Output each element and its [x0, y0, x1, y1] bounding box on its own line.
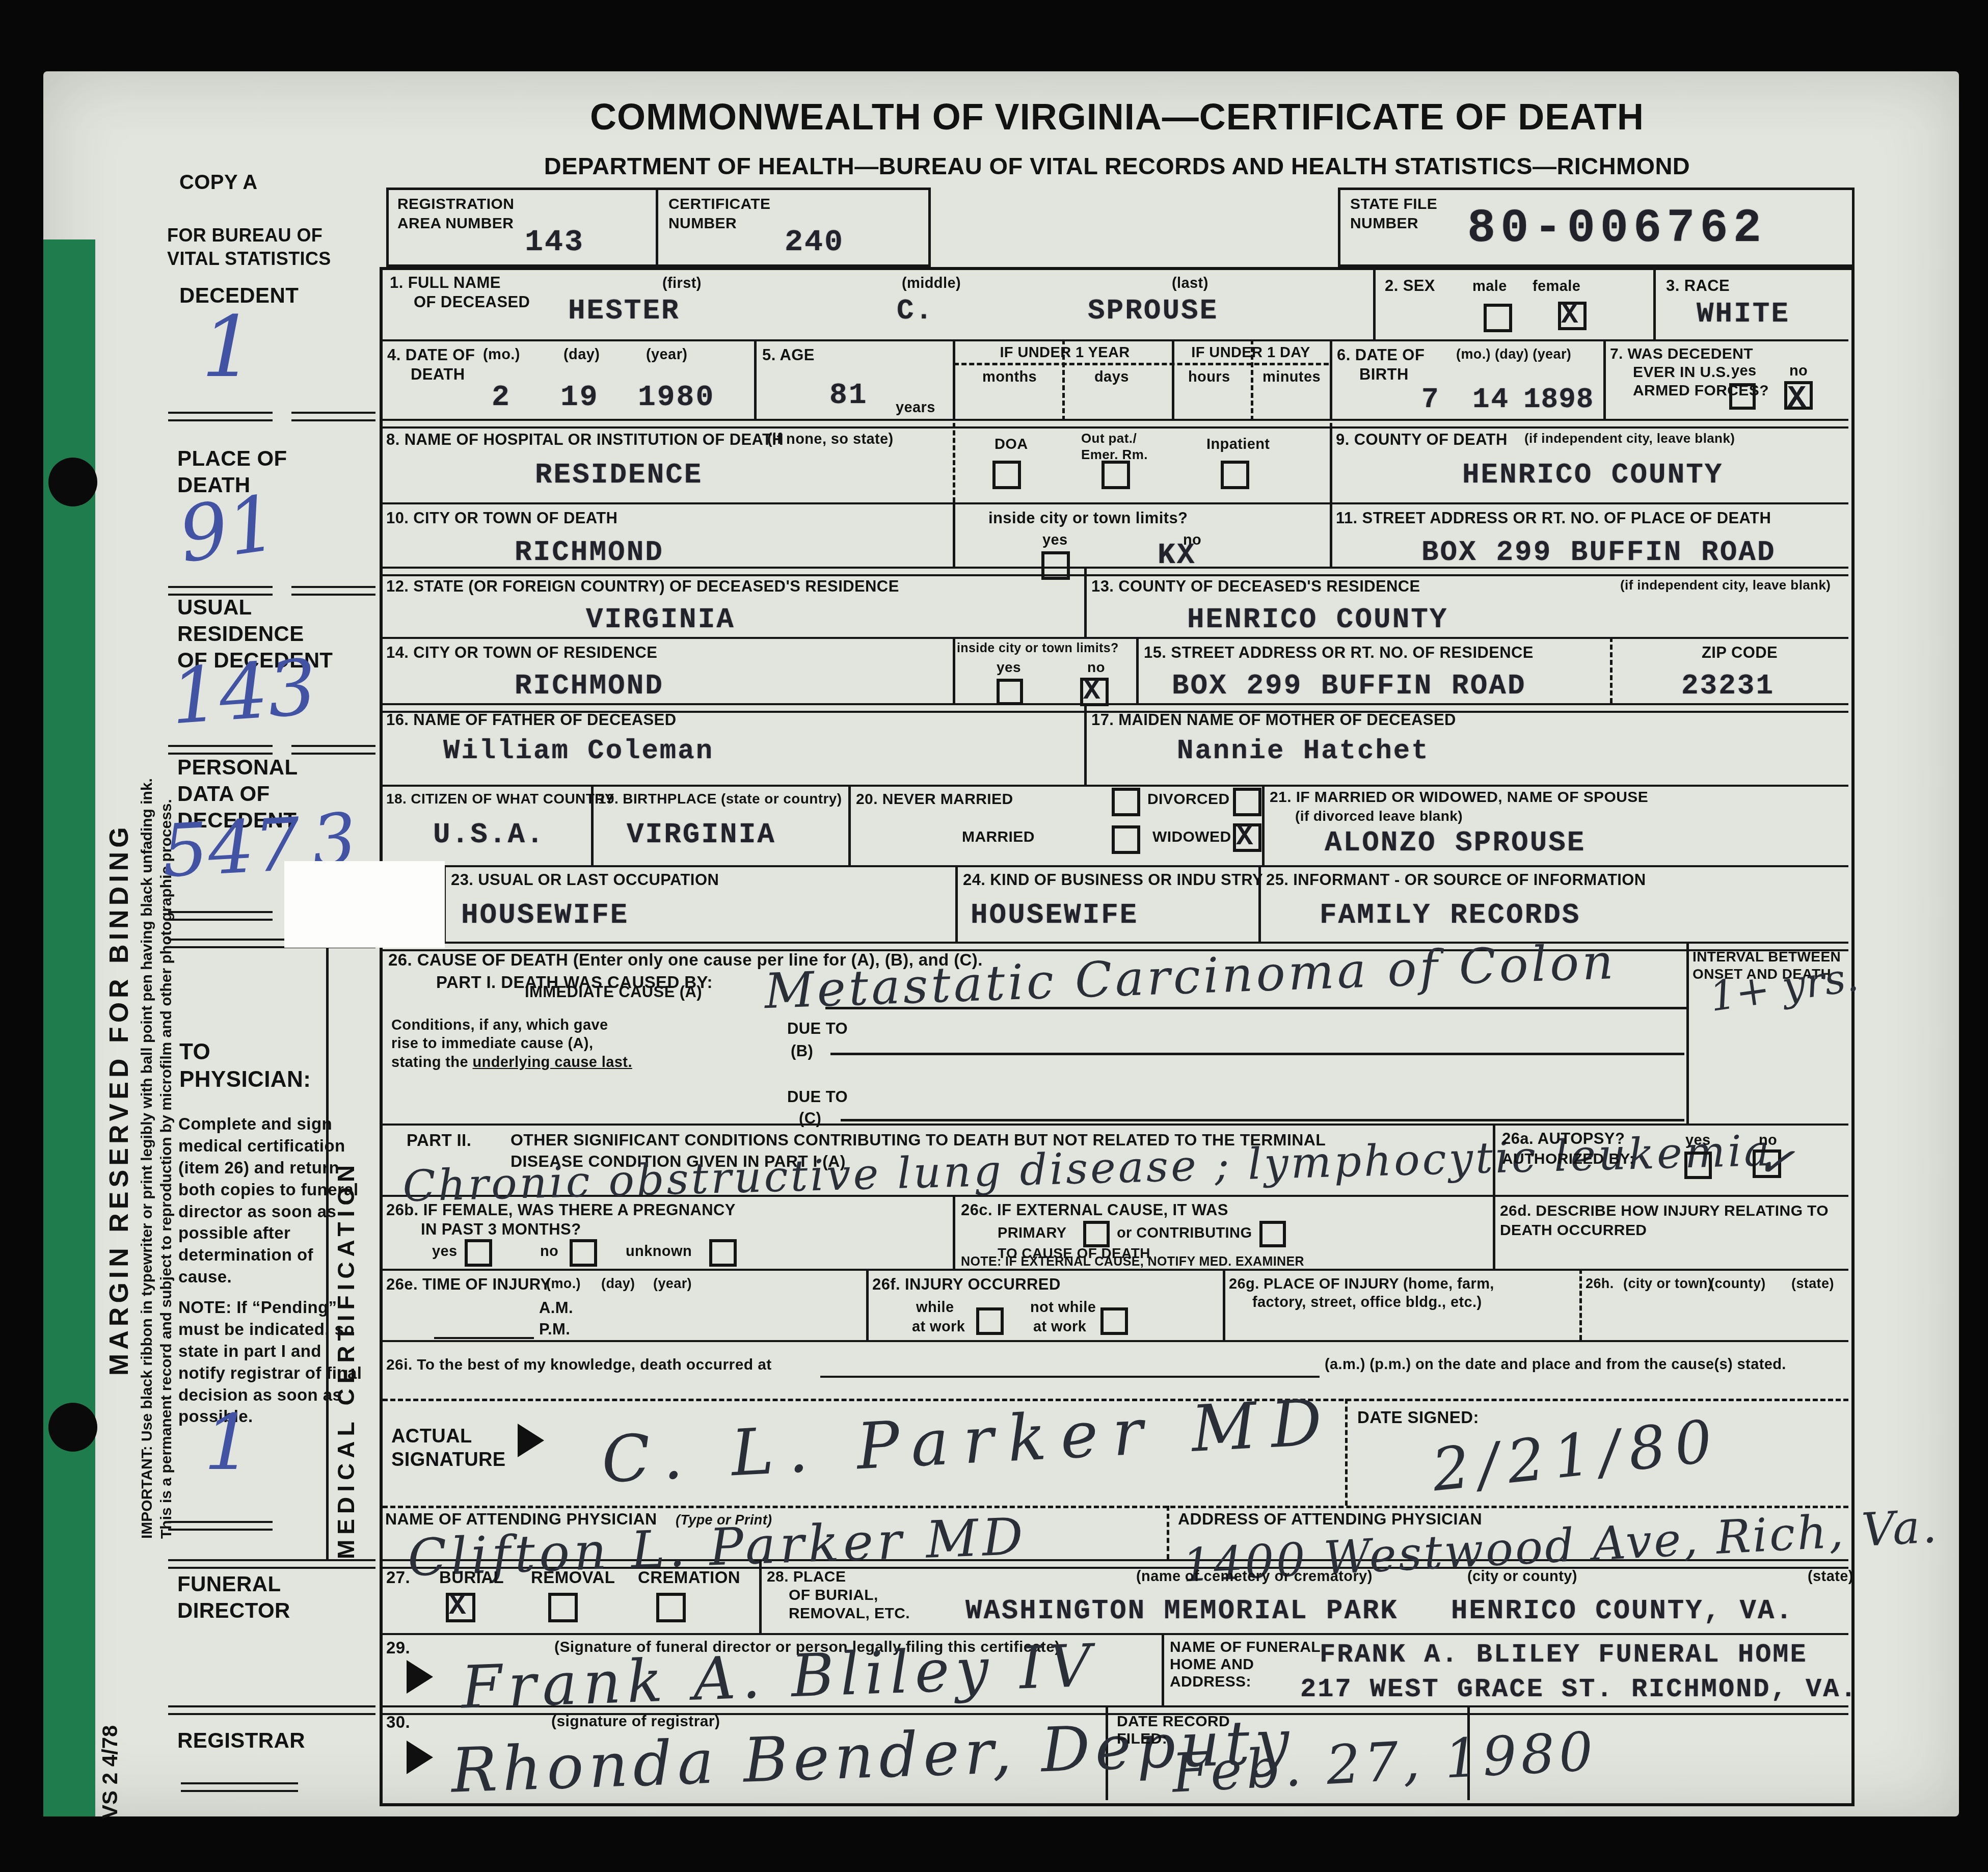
- box30-number: 30.: [386, 1713, 410, 1732]
- state-of-residence-label: 12. STATE (OR FOREIGN COUNTRY) OF DECEAS…: [386, 578, 899, 596]
- conditions-note-underlined: underlying cause last.: [472, 1054, 632, 1071]
- limits-no-mark: KX: [1158, 539, 1196, 572]
- rule: [383, 339, 1848, 341]
- rule: [1136, 637, 1139, 703]
- county-of-residence-paren: (if independent city, leave blank): [1620, 578, 1831, 593]
- zip-value: 23231: [1681, 670, 1775, 702]
- rule: [1493, 1195, 1495, 1269]
- first-name-value: HESTER: [568, 295, 680, 327]
- pregnancy-label-2: IN PAST 3 MONTHS?: [421, 1221, 581, 1239]
- certificate-subtitle: DEPARTMENT OF HEALTH—BUREAU OF VITAL REC…: [380, 153, 1855, 180]
- external-cause-note: NOTE: IF EXTERNAL CAUSE, NOTIFY MED. EXA…: [961, 1254, 1304, 1269]
- birth-year-value: 1898: [1523, 383, 1594, 416]
- side-place-1: PLACE OF: [177, 446, 287, 470]
- rule: [1084, 567, 1087, 637]
- death-occurred-tail: (a.m.) (p.m.) on the date and place and …: [1325, 1356, 1786, 1373]
- side-place-handwritten: 91: [174, 479, 282, 580]
- hospital-value: RESIDENCE: [535, 459, 703, 491]
- side-registrar: REGISTRAR: [177, 1728, 305, 1752]
- sex-female-label: female: [1533, 278, 1580, 295]
- date-filed-label-1: DATE RECORD: [1117, 1713, 1230, 1730]
- while-label: while: [916, 1299, 954, 1316]
- funeral-home-label-2: HOME AND: [1170, 1656, 1254, 1673]
- pregnancy-yes-checkbox[interactable]: [465, 1239, 492, 1267]
- death-day-value: 19: [560, 381, 599, 414]
- rule: [383, 1340, 1848, 1342]
- residence-limits-yes-checkbox[interactable]: [997, 679, 1023, 705]
- part2-label: PART II.: [407, 1131, 471, 1150]
- birth-sublabels: (mo.) (day) (year): [1456, 346, 1571, 362]
- city-of-residence-label: 14. CITY OR TOWN OF RESIDENCE: [386, 644, 657, 662]
- state-file-label-1: STATE FILE: [1350, 196, 1437, 213]
- arrow-icon: [407, 1741, 433, 1774]
- date-signed-label: DATE SIGNED:: [1357, 1408, 1479, 1427]
- rule: [1162, 1633, 1164, 1705]
- funeral-home-label-1: NAME OF FUNERAL: [1170, 1639, 1321, 1656]
- primary-checkbox[interactable]: [1083, 1221, 1110, 1247]
- hours-label: hours: [1188, 369, 1230, 385]
- rule: [1330, 502, 1332, 567]
- birth-day-value: 14: [1472, 383, 1510, 416]
- date-filed-label-2: FILED:: [1117, 1730, 1167, 1748]
- place-of-burial-label-2: OF BURIAL,: [789, 1587, 878, 1604]
- margin-permanent-text: This is a permanent record and subject t…: [158, 448, 175, 1539]
- residence-limits-no-mark: X: [1083, 675, 1100, 707]
- inpatient-label: Inpatient: [1206, 436, 1270, 452]
- outpatient-label-1: Out pat./: [1081, 431, 1137, 446]
- form-number: VS 2 4/78: [98, 1646, 122, 1819]
- pm-label: P.M.: [539, 1321, 570, 1339]
- residence-limits-yes-label: yes: [997, 659, 1021, 675]
- rule: [383, 1506, 1848, 1508]
- certificate-number-label-1: CERTIFICATE: [668, 196, 771, 213]
- contributing-label: or CONTRIBUTING: [1117, 1225, 1252, 1241]
- rule: [953, 1195, 955, 1269]
- hospital-label: 8. NAME OF HOSPITAL OR INSTITUTION OF DE…: [386, 431, 784, 449]
- rule: [1579, 1269, 1582, 1340]
- rule: [291, 586, 375, 596]
- rule: [954, 363, 1329, 365]
- city-of-death-value: RICHMOND: [515, 536, 664, 569]
- pregnancy-unknown-checkbox[interactable]: [709, 1239, 737, 1267]
- pregnancy-no-checkbox[interactable]: [570, 1239, 597, 1267]
- armed-yes-checkbox[interactable]: [1729, 383, 1756, 410]
- hospital-paren: (if none, so state): [767, 431, 894, 447]
- certificate-number-label-2: NUMBER: [668, 215, 737, 232]
- race-label: 3. RACE: [1666, 277, 1730, 295]
- sex-female-checkbox[interactable]: X: [1558, 302, 1587, 330]
- birthplace-label: 19. BIRTHPLACE (state or country): [598, 791, 842, 807]
- street-of-death-value: BOX 299 BUFFIN ROAD: [1421, 536, 1776, 569]
- rule: [1167, 1506, 1169, 1559]
- rule: [1330, 423, 1332, 502]
- place-of-burial-label-1: 28. PLACE: [767, 1568, 846, 1586]
- never-married-checkbox[interactable]: [1112, 788, 1140, 816]
- burial-mark: X: [449, 1590, 466, 1622]
- registration-area-value: 143: [525, 225, 584, 260]
- burial-label: BURIAL: [439, 1568, 504, 1587]
- punch-hole: [48, 1403, 97, 1452]
- side-physician-note: Complete and sign medical certification …: [178, 1113, 368, 1288]
- minutes-label: minutes: [1262, 369, 1321, 385]
- city-of-death-label: 10. CITY OR TOWN OF DEATH: [386, 510, 617, 527]
- spouse-paren: (if divorced leave blank): [1295, 808, 1463, 824]
- spouse-label: 21. IF MARRIED OR WIDOWED, NAME OF SPOUS…: [1270, 789, 1648, 806]
- autopsy-yes-checkbox[interactable]: [1684, 1152, 1712, 1179]
- widowed-label: WIDOWED: [1152, 828, 1231, 846]
- residence-limits-no-label: no: [1087, 659, 1105, 675]
- rule: [656, 188, 658, 267]
- cemetery-paren: (name of cemetery or crematory): [1136, 1568, 1373, 1585]
- burial-checkbox[interactable]: X: [446, 1593, 475, 1622]
- arrow-icon: [518, 1424, 544, 1457]
- sex-male-checkbox[interactable]: [1484, 304, 1512, 332]
- days-label: days: [1094, 369, 1129, 385]
- business-label: 24. KIND OF BUSINESS OR INDU STRY: [963, 871, 1263, 889]
- box27-number: 27.: [386, 1568, 410, 1587]
- limits-yes-checkbox[interactable]: [1041, 551, 1070, 580]
- citizen-value: U.S.A.: [433, 818, 545, 851]
- rule: [1262, 785, 1265, 865]
- certificate-title: COMMONWEALTH OF VIRGINIA—CERTIFICATE OF …: [380, 97, 1855, 138]
- describe-injury-label: 26d. DESCRIBE HOW INJURY RELATING TO DEA…: [1500, 1201, 1851, 1240]
- city-of-residence-value: RICHMOND: [515, 670, 664, 702]
- actual-signature-label-1: ACTUAL: [391, 1426, 472, 1448]
- mother-label: 17. MAIDEN NAME OF MOTHER OF DECEASED: [1091, 711, 1456, 729]
- punch-hole: [48, 458, 97, 506]
- cemetery-value: WASHINGTON MEMORIAL PARK: [965, 1596, 1399, 1627]
- rule: [1603, 339, 1606, 421]
- rule: [754, 339, 757, 421]
- occupation-value: HOUSEWIFE: [461, 899, 629, 931]
- county-of-death-value: HENRICO COUNTY: [1462, 459, 1723, 491]
- sex-female-mark: X: [1561, 299, 1578, 331]
- middle-label: (middle): [902, 275, 961, 291]
- widowed-checkbox[interactable]: X: [1233, 823, 1261, 852]
- 26h-city-label: (city or town): [1623, 1276, 1712, 1291]
- side-usual-1: USUAL: [177, 595, 252, 619]
- injury-day-label: (day): [601, 1276, 635, 1291]
- due-to-c-label: DUE TO: [787, 1088, 848, 1106]
- rule: [383, 785, 1848, 787]
- death-month-value: 2: [492, 381, 511, 414]
- armed-forces-label-1: 7. WAS DECEDENT: [1610, 345, 1753, 363]
- margin-important-text: IMPORTANT: Use black ribbon in typewrite…: [139, 448, 156, 1539]
- place-of-burial-label-3: REMOVAL, ETC.: [789, 1605, 910, 1622]
- certificate-number-value: 240: [785, 225, 844, 260]
- registration-area-label-2: AREA NUMBER: [397, 215, 514, 232]
- mo-label: (mo.): [483, 346, 520, 363]
- place-of-injury-label-1: 26g. PLACE OF INJURY (home, farm,: [1229, 1276, 1494, 1292]
- funeral-home-value-2: 217 WEST GRACE ST. RICHMOND, VA.: [1300, 1674, 1858, 1704]
- doa-checkbox[interactable]: [992, 461, 1021, 489]
- rule: [383, 1633, 1848, 1635]
- injury-year-label: (year): [653, 1276, 692, 1291]
- rule: [848, 785, 851, 865]
- middle-name-value: C.: [897, 295, 934, 327]
- bureau-label-1: FOR BUREAU OF: [167, 225, 323, 246]
- rule: [168, 586, 273, 596]
- city-county-paren: (city or county): [1467, 1568, 1577, 1585]
- last-name-value: SPROUSE: [1088, 295, 1218, 327]
- mother-value: Nannie Hatchet: [1177, 736, 1430, 767]
- actual-signature-label-2: SIGNATURE: [391, 1449, 506, 1471]
- zip-label: ZIP CODE: [1702, 644, 1778, 662]
- copy-label: COPY A: [179, 171, 258, 194]
- while-at-work-label: at work: [912, 1319, 965, 1335]
- rule: [1373, 267, 1376, 339]
- side-usual-handwritten: 143: [168, 643, 319, 742]
- side-funeral-1: FUNERAL: [177, 1572, 281, 1596]
- immediate-cause-label: IMMEDIATE CAUSE (A): [525, 983, 702, 1001]
- outpatient-label-2: Emer. Rm.: [1081, 447, 1148, 462]
- 26h-state-label: (state): [1791, 1276, 1834, 1291]
- cemetery-county-value: HENRICO COUNTY, VA.: [1451, 1596, 1794, 1627]
- rule: [181, 1782, 298, 1792]
- side-personal-2: DATA OF: [177, 782, 270, 806]
- armed-forces-label-2: EVER IN U.S.: [1633, 364, 1731, 381]
- redaction-box: [284, 861, 445, 948]
- pregnancy-yes-label: yes: [432, 1243, 458, 1260]
- not-while-at-work-checkbox[interactable]: [1100, 1307, 1128, 1335]
- armed-no-label: no: [1789, 363, 1808, 379]
- armed-no-checkbox[interactable]: X: [1784, 381, 1813, 410]
- not-while-at-work-label: at work: [1033, 1319, 1086, 1335]
- first-label: (first): [662, 275, 702, 291]
- rule: [866, 1269, 869, 1340]
- if-under-1-day-label: IF UNDER 1 DAY: [1172, 344, 1330, 361]
- rule: [168, 745, 273, 755]
- outpatient-checkbox[interactable]: [1102, 461, 1130, 489]
- box29-number: 29.: [386, 1639, 410, 1657]
- birthplace-value: VIRGINIA: [627, 818, 776, 851]
- rule: [291, 745, 375, 755]
- occupation-label: 23. USUAL OR LAST OCCUPATION: [451, 871, 719, 889]
- street-of-death-label: 11. STREET ADDRESS OR RT. NO. OF PLACE O…: [1336, 510, 1771, 527]
- race-value: WHITE: [1697, 298, 1790, 330]
- birth-month-value: 7: [1421, 383, 1440, 416]
- never-married-label: 20. NEVER MARRIED: [856, 791, 1013, 808]
- rule: [383, 1269, 1848, 1271]
- side-usual-2: RESIDENCE: [177, 622, 304, 646]
- rule: [434, 1337, 534, 1339]
- removal-label: REMOVAL: [531, 1568, 615, 1587]
- years-label: years: [896, 399, 935, 416]
- side-decedent-handwritten: 1: [201, 298, 255, 396]
- injury-occurred-label: 26f. INJURY OCCURRED: [872, 1276, 1061, 1294]
- registration-area-label-1: REGISTRATION: [397, 196, 514, 213]
- rule: [326, 942, 329, 1559]
- cremation-checkbox[interactable]: [656, 1593, 686, 1622]
- due-to-b-label: DUE TO: [787, 1020, 848, 1038]
- b-label: (B): [791, 1042, 813, 1060]
- arrow-icon: [407, 1660, 433, 1694]
- pregnancy-unknown-label: unknown: [626, 1243, 692, 1260]
- rule: [1084, 703, 1087, 785]
- rule: [383, 637, 1848, 639]
- rule: [1223, 1269, 1225, 1340]
- rule: [168, 1521, 273, 1531]
- limits-yes-label: yes: [1042, 532, 1068, 548]
- rule: [830, 1053, 1684, 1055]
- rule: [953, 502, 955, 567]
- rule: [168, 911, 273, 921]
- date-of-birth-label-2: BIRTH: [1359, 366, 1409, 384]
- rule: [291, 412, 375, 421]
- rule: [168, 1705, 375, 1715]
- rule: [383, 865, 1848, 867]
- state-of-residence-value: VIRGINIA: [586, 603, 735, 636]
- rule: [1653, 267, 1656, 339]
- last-label: (last): [1172, 275, 1208, 291]
- inpatient-checkbox[interactable]: [1221, 461, 1249, 489]
- pregnancy-label-1: 26b. IF FEMALE, WAS THERE A PREGNANCY: [386, 1201, 736, 1219]
- armed-no-mark: X: [1787, 380, 1806, 416]
- year-label: (year): [646, 346, 687, 363]
- rule: [168, 412, 273, 421]
- not-while-label: not while: [1030, 1299, 1096, 1316]
- date-of-death-label-1: 4. DATE OF: [387, 346, 475, 364]
- date-of-death-label-2: DEATH: [411, 366, 465, 384]
- rule: [841, 1119, 1684, 1121]
- widowed-mark: X: [1236, 820, 1253, 853]
- divorced-label: DIVORCED: [1147, 791, 1230, 808]
- business-value: HOUSEWIFE: [971, 899, 1138, 931]
- months-label: months: [982, 369, 1037, 385]
- primary-label: PRIMARY: [998, 1225, 1066, 1241]
- 26h-county-label: (county): [1710, 1276, 1766, 1291]
- father-label: 16. NAME OF FATHER OF DECEASED: [386, 711, 677, 729]
- while-at-work-checkbox[interactable]: [976, 1307, 1004, 1335]
- rule: [383, 1124, 1848, 1126]
- state-file-label-2: NUMBER: [1350, 215, 1418, 232]
- state-file-value: 80-006762: [1467, 202, 1766, 255]
- county-of-residence-label: 13. COUNTY OF DECEASED'S RESIDENCE: [1091, 578, 1420, 596]
- autopsy-no-checkmark: ✓: [1753, 1133, 1797, 1190]
- rule: [1686, 942, 1689, 1124]
- authorized-by-label: AUTHORIZED BY:: [1502, 1151, 1634, 1168]
- father-value: William Coleman: [443, 736, 714, 767]
- side-to-physician-1: TO: [179, 1039, 210, 1064]
- rule: [953, 339, 955, 421]
- state-paren: (state): [1808, 1568, 1853, 1585]
- side-funeral-2: DIRECTOR: [177, 1598, 290, 1622]
- cremation-label: CREMATION: [638, 1568, 740, 1587]
- place-of-injury-label-2: factory, street, office bldg., etc.): [1252, 1294, 1482, 1311]
- time-of-injury-label: 26e. TIME OF INJURY: [386, 1276, 551, 1294]
- rule: [383, 419, 1848, 429]
- side-physician-handwritten: 1: [204, 1399, 252, 1487]
- injury-mo-label: (mo.): [546, 1276, 581, 1291]
- informant-label: 25. INFORMANT - OR SOURCE OF INFORMATION: [1266, 871, 1646, 889]
- rule: [1345, 1399, 1348, 1506]
- autopsy-yes-label: yes: [1685, 1132, 1711, 1148]
- 26h-label: 26h.: [1586, 1276, 1614, 1291]
- rule: [383, 502, 1848, 504]
- pregnancy-no-label: no: [540, 1243, 558, 1260]
- external-cause-label: 26c. IF EXTERNAL CAUSE, IT WAS: [961, 1201, 1228, 1219]
- spouse-value: ALONZO SPROUSE: [1325, 826, 1586, 859]
- bureau-label-2: VITAL STATISTICS: [167, 249, 331, 269]
- rule: [1610, 637, 1613, 703]
- limits-label: inside city or town limits?: [988, 510, 1188, 527]
- side-personal-handwritten-1: 547: [160, 803, 302, 894]
- contributing-checkbox[interactable]: [1259, 1221, 1286, 1247]
- scanned-death-certificate: COMMONWEALTH OF VIRGINIA—CERTIFICATE OF …: [0, 0, 1988, 1872]
- residence-limits-label: inside city or town limits?: [957, 641, 1119, 655]
- side-personal-1: PERSONAL: [177, 755, 298, 779]
- residence-limits-no-checkbox[interactable]: X: [1080, 678, 1109, 706]
- removal-checkbox[interactable]: [548, 1593, 578, 1622]
- armed-yes-label: yes: [1731, 363, 1757, 379]
- full-name-label-1: 1. FULL NAME: [390, 274, 501, 292]
- rule: [759, 1559, 762, 1633]
- death-occurred-label: 26i. To the best of my knowledge, death …: [386, 1356, 772, 1374]
- county-of-death-paren: (if independent city, leave blank): [1524, 431, 1735, 446]
- rule: [168, 1559, 375, 1569]
- funeral-home-label-3: ADDRESS:: [1170, 1673, 1251, 1691]
- conditions-note: Conditions, if any, which gave rise to i…: [391, 1016, 636, 1072]
- if-under-1-year-label: IF UNDER 1 YEAR: [958, 344, 1172, 361]
- death-year-value: 1980: [638, 381, 715, 414]
- rule: [1330, 339, 1332, 421]
- sex-label: 2. SEX: [1385, 277, 1435, 295]
- rule: [820, 1376, 1320, 1378]
- informant-value: FAMILY RECORDS: [1320, 899, 1580, 931]
- street-of-residence-value: BOX 299 BUFFIN ROAD: [1172, 670, 1526, 702]
- date-of-birth-label-1: 6. DATE OF: [1337, 346, 1425, 364]
- am-label: A.M.: [539, 1299, 573, 1317]
- age-value: 81: [829, 379, 868, 412]
- rule: [953, 423, 955, 502]
- county-of-death-label: 9. COUNTY OF DEATH: [1336, 431, 1508, 449]
- sex-male-label: male: [1472, 278, 1507, 295]
- side-to-physician-2: PHYSICIAN:: [179, 1067, 311, 1092]
- married-label: MARRIED: [962, 828, 1035, 846]
- age-label: 5. AGE: [762, 346, 815, 364]
- street-of-residence-label: 15. STREET ADDRESS OR RT. NO. OF RESIDEN…: [1144, 644, 1534, 662]
- doa-label: DOA: [995, 436, 1028, 452]
- c-label: (C): [799, 1110, 821, 1128]
- funeral-home-value-1: FRANK A. BLILEY FUNERAL HOME: [1320, 1640, 1808, 1670]
- margin-binding-text: MARGIN RESERVED FOR BINDING: [104, 459, 135, 1376]
- day-label: (day): [563, 346, 600, 363]
- autopsy-label: 26a. AUTOPSY?: [1502, 1130, 1625, 1148]
- divorced-checkbox[interactable]: [1233, 788, 1261, 816]
- full-name-label-2: OF DECEASED: [414, 293, 530, 311]
- married-checkbox[interactable]: [1112, 825, 1140, 854]
- county-of-residence-value: HENRICO COUNTY: [1187, 603, 1448, 636]
- rule: [953, 637, 955, 703]
- rule: [955, 865, 958, 942]
- citizen-label: 18. CITIZEN OF WHAT COUNTRY: [386, 791, 614, 807]
